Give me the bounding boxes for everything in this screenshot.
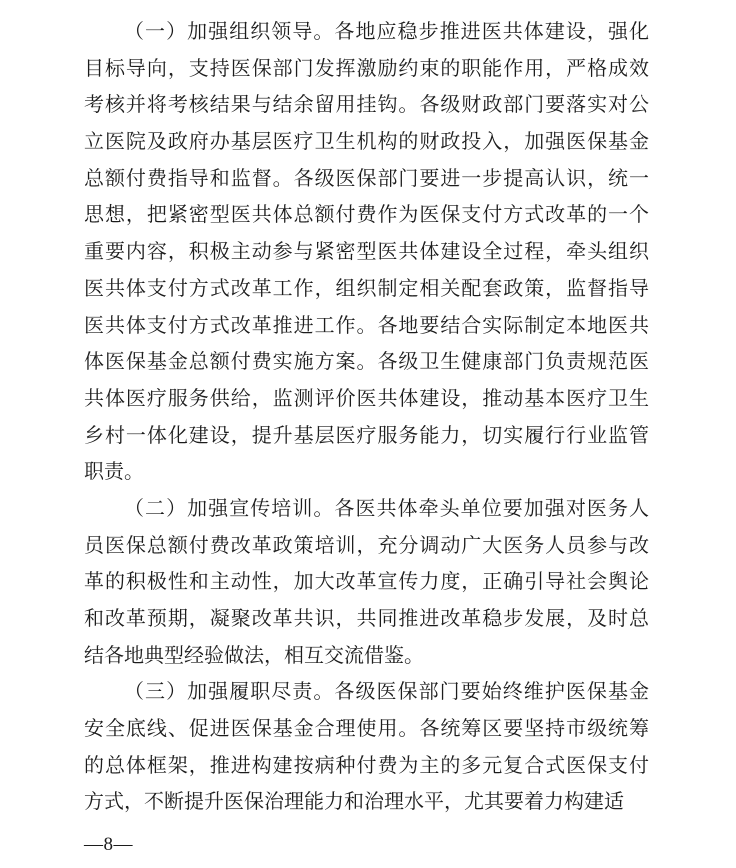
- text-line: 医共体支付方式改革工作，组织制定相关配套政策，监督指导: [84, 271, 649, 308]
- document-content: （一）加强组织领导。各地应稳步推进医共体建设，强化目标导向，支持医保部门发挥激励…: [84, 14, 649, 821]
- text-line: 乡村一体化建设，提升基层医疗服务能力，切实履行行业监管: [84, 418, 649, 455]
- text-line: 的总体框架，推进构建按病种付费为主的多元复合式医保支付: [84, 748, 649, 785]
- text-line: 安全底线、促进医保基金合理使用。各统筹区要坚持市级统筹: [84, 711, 649, 748]
- page-number: —8—: [84, 833, 133, 857]
- text-line: 共体医疗服务供给，监测评价医共体建设，推动基本医疗卫生: [84, 381, 649, 418]
- text-line: 职责。: [84, 454, 649, 491]
- document-page: （一）加强组织领导。各地应稳步推进医共体建设，强化目标导向，支持医保部门发挥激励…: [0, 0, 736, 868]
- text-line: 革的积极性和主动性，加大改革宣传力度，正确引导社会舆论: [84, 564, 649, 601]
- text-line: 员医保总额付费改革政策培训，充分调动广大医务人员参与改: [84, 528, 649, 565]
- text-line: 结各地典型经验做法，相互交流借鉴。: [84, 638, 649, 675]
- text-line: 体医保基金总额付费实施方案。各级卫生健康部门负责规范医: [84, 344, 649, 381]
- text-line: 方式，不断提升医保治理能力和治理水平，尤其要着力构建适: [84, 784, 649, 821]
- text-line: 目标导向，支持医保部门发挥激励约束的职能作用，严格成效: [84, 51, 649, 88]
- text-line: （一）加强组织领导。各地应稳步推进医共体建设，强化: [84, 14, 649, 51]
- text-line: （二）加强宣传培训。各医共体牵头单位要加强对医务人: [84, 491, 649, 528]
- text-line: 思想，把紧密型医共体总额付费作为医保支付方式改革的一个: [84, 197, 649, 234]
- text-line: （三）加强履职尽责。各级医保部门要始终维护医保基金: [84, 674, 649, 711]
- text-line: 立医院及政府办基层医疗卫生机构的财政投入，加强医保基金: [84, 124, 649, 161]
- text-line: 和改革预期，凝聚改革共识，共同推进改革稳步发展，及时总: [84, 601, 649, 638]
- text-line: 医共体支付方式改革推进工作。各地要结合实际制定本地医共: [84, 308, 649, 345]
- text-line: 重要内容，积极主动参与紧密型医共体建设全过程，牵头组织: [84, 234, 649, 271]
- text-line: 总额付费指导和监督。各级医保部门要进一步提高认识，统一: [84, 161, 649, 198]
- text-line: 考核并将考核结果与结余留用挂钩。各级财政部门要落实对公: [84, 87, 649, 124]
